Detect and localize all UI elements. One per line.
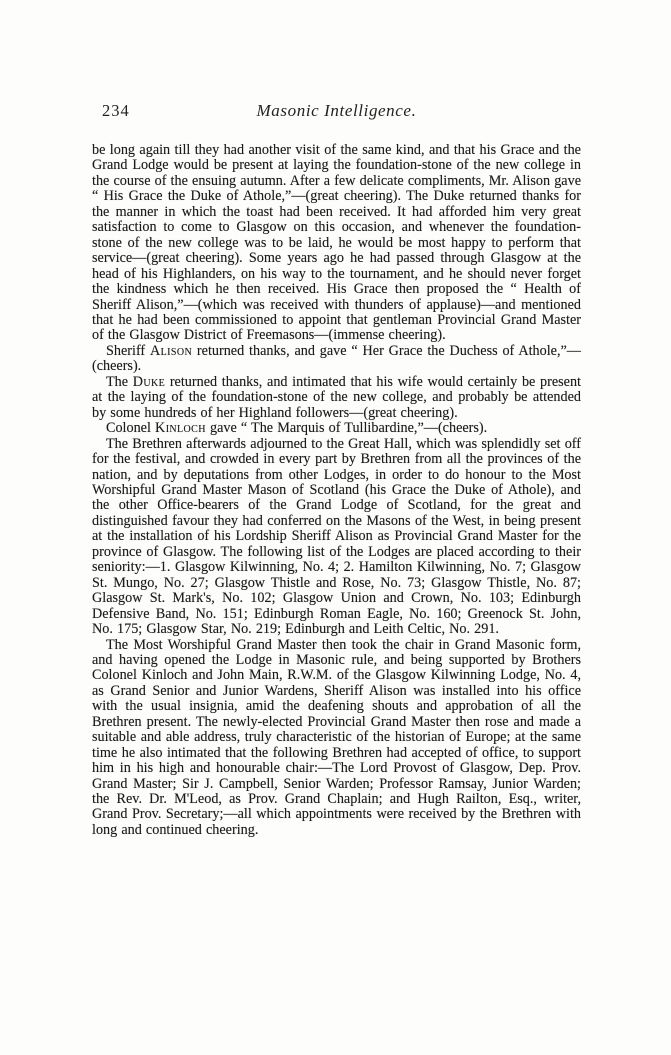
paragraph-text: The	[106, 374, 133, 390]
page-header: 234 Masonic Intelligence.	[92, 101, 581, 123]
paragraph-text: gave “ The Marquis of Tullibardine,”—(ch…	[206, 420, 487, 436]
paragraph-text: Colonel	[106, 420, 155, 436]
paragraph: be long again till they had another visi…	[92, 143, 581, 344]
running-title: Masonic Intelligence.	[92, 101, 581, 121]
text-block: be long again till they had another visi…	[92, 143, 581, 838]
small-caps-name: Kinloch	[155, 420, 206, 436]
paragraph-text: returned thanks, and intimated that his …	[92, 374, 581, 421]
small-caps-name: Alison	[150, 343, 192, 359]
paragraph: Colonel Kinloch gave “ The Marquis of Tu…	[92, 421, 581, 436]
small-caps-name: Duke	[133, 374, 165, 390]
paragraph: The Most Worshipful Grand Master then to…	[92, 638, 581, 839]
paragraph-text: be long again till they had another visi…	[92, 142, 581, 343]
paragraph-text: The Brethren afterwards adjourned to the…	[92, 436, 581, 637]
paragraph-text: Sheriff	[106, 343, 150, 359]
paragraph: The Duke returned thanks, and intimated …	[92, 375, 581, 421]
paragraph-text: The Most Worshipful Grand Master then to…	[92, 637, 581, 838]
paragraph: The Brethren afterwards adjourned to the…	[92, 437, 581, 638]
book-page: 234 Masonic Intelligence. be long again …	[0, 0, 671, 1055]
paragraph: Sheriff Alison returned thanks, and gave…	[92, 344, 581, 375]
